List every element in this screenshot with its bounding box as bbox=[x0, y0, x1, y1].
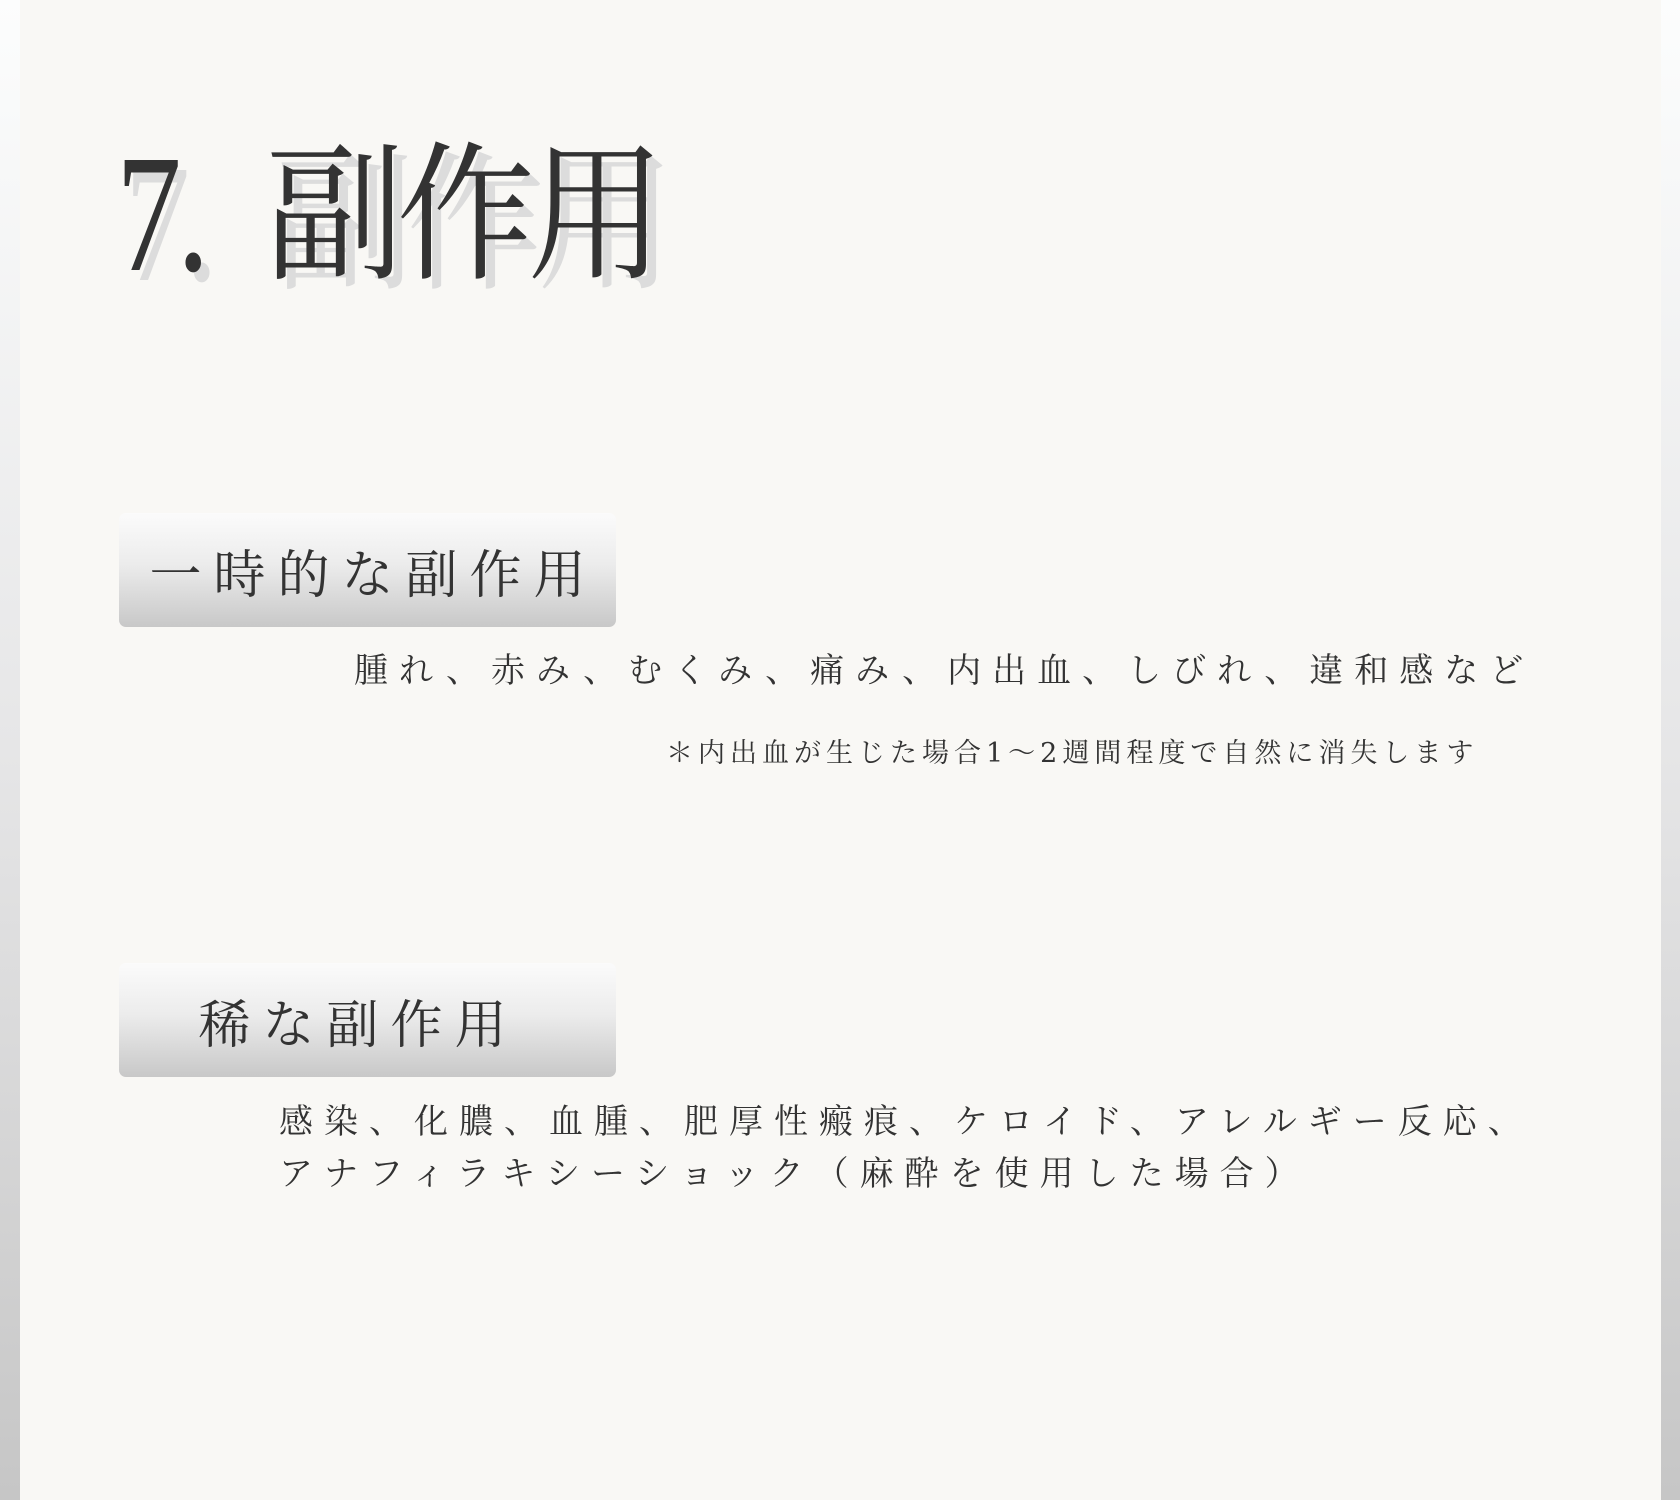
section-label-rare-side-effects: 稀な副作用 bbox=[119, 963, 616, 1077]
rare-side-effects-line: アナフィラキシーショック（麻酔を使用した場合） bbox=[279, 1148, 1533, 1200]
bruising-note: ＊内出血が生じた場合1〜2週間程度で自然に消失します bbox=[666, 734, 1478, 774]
title-text: 副作用 bbox=[266, 136, 658, 296]
page-panel: 7. 副作用 一時的な副作用 腫れ、赤み、むくみ、痛み、内出血、しびれ、違和感な… bbox=[20, 0, 1661, 1500]
section-label-text: 一時的な副作用 bbox=[149, 533, 597, 608]
title-number: 7. bbox=[116, 130, 205, 298]
rare-side-effects-line: 感染、化膿、血腫、肥厚性瘢痕、ケロイド、アレルギー反応、 bbox=[279, 1096, 1533, 1148]
temporary-side-effects-list: 腫れ、赤み、むくみ、痛み、内出血、しびれ、違和感など bbox=[354, 645, 1534, 697]
rare-side-effects-list: 感染、化膿、血腫、肥厚性瘢痕、ケロイド、アレルギー反応、 アナフィラキシーショッ… bbox=[279, 1096, 1533, 1200]
section-label-temporary-side-effects: 一時的な副作用 bbox=[119, 513, 616, 627]
section-label-text: 稀な副作用 bbox=[198, 983, 518, 1058]
